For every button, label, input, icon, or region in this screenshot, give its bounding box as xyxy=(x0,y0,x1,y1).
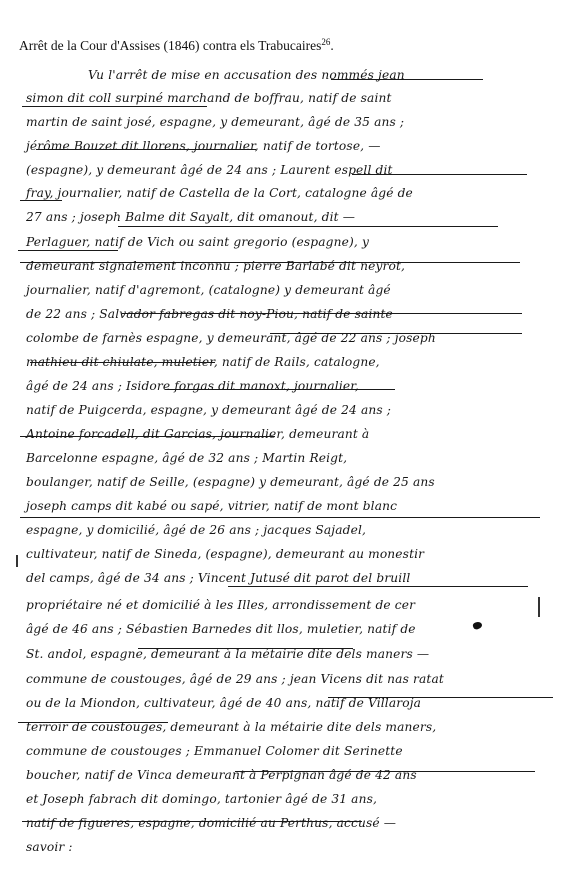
handwritten-line: 27 ans ; joseph Balme dit Sayalt, dit om… xyxy=(26,210,355,224)
handwritten-line: espagne, y domicilié, âgé de 26 ans ; ja… xyxy=(26,523,366,537)
underline-rule xyxy=(118,226,498,227)
underline-rule xyxy=(20,436,275,437)
handwritten-line: joseph camps dit kabé ou sapé, vitrier, … xyxy=(26,499,397,513)
underline-rule xyxy=(228,586,528,587)
handwritten-line: commune de coustouges ; Emmanuel Colomer… xyxy=(26,744,403,758)
underline-rule xyxy=(122,313,522,314)
underline-rule xyxy=(165,389,395,390)
handwritten-line: Perlaguer, natif de Vich ou saint gregor… xyxy=(26,235,369,249)
handwritten-line: martin de saint josé, espagne, y demeura… xyxy=(26,115,404,129)
handwritten-line: journalier, natif d'agremont, (catalogne… xyxy=(26,283,391,297)
handwritten-line: boulanger, natif de Seille, (espagne) y … xyxy=(26,475,435,489)
underline-rule xyxy=(30,362,215,363)
underline-rule xyxy=(18,250,118,251)
margin-mark xyxy=(538,597,540,617)
document-page: Arrêt de la Cour d'Assises (1846) contra… xyxy=(0,0,570,880)
handwritten-line: propriétaire né et domicilié à les Illes… xyxy=(26,598,415,612)
underline-rule xyxy=(331,79,483,80)
underline-rule xyxy=(22,821,362,822)
handwritten-line: simon dit coll surpiné marchand de boffr… xyxy=(26,91,392,105)
handwritten-line: jérôme Bouzet dit llorens, journalier, n… xyxy=(26,139,381,153)
document-title: Arrêt de la Cour d'Assises (1846) contra… xyxy=(19,37,334,54)
title-period: . xyxy=(330,38,333,53)
handwritten-line: (espagne), y demeurant âgé de 24 ans ; L… xyxy=(26,163,393,177)
underline-rule xyxy=(20,262,520,263)
underline-rule xyxy=(138,648,353,649)
handwritten-line: fray, journalier, natif de Castella de l… xyxy=(26,186,413,200)
handwritten-line: natif de Puigcerda, espagne, y demeurant… xyxy=(26,403,391,417)
underline-rule xyxy=(18,722,168,723)
handwritten-line: âgé de 24 ans ; Isidore forgas dit manox… xyxy=(26,379,359,393)
underline-rule xyxy=(22,106,207,107)
underline-rule xyxy=(352,174,527,175)
underline-rule xyxy=(20,517,540,518)
underline-rule xyxy=(235,771,535,772)
handwritten-line: commune de coustouges, âgé de 29 ans ; j… xyxy=(26,672,444,686)
underline-rule xyxy=(270,333,522,334)
handwritten-line: Barcelonne espagne, âgé de 32 ans ; Mart… xyxy=(26,451,347,465)
handwritten-line: âgé de 46 ans ; Sébastien Barnedes dit l… xyxy=(26,622,416,636)
handwritten-line: savoir : xyxy=(26,840,73,854)
title-text: Arrêt de la Cour d'Assises (1846) contra… xyxy=(19,38,321,53)
underline-rule xyxy=(328,697,553,698)
handwritten-line: Antoine forcadell, dit Garcias, journali… xyxy=(26,427,369,441)
handwritten-line: natif de figueres, espagne, domicilié au… xyxy=(26,816,396,830)
handwritten-line: del camps, âgé de 34 ans ; Vincent Jutus… xyxy=(26,571,410,585)
underline-rule xyxy=(36,149,256,150)
handwritten-line: et Joseph fabrach dit domingo, tartonier… xyxy=(26,792,377,806)
ink-blot xyxy=(472,621,483,631)
handwritten-line: cultivateur, natif de Sineda, (espagne),… xyxy=(26,547,424,561)
underline-rule xyxy=(20,200,62,201)
margin-mark xyxy=(16,555,18,567)
